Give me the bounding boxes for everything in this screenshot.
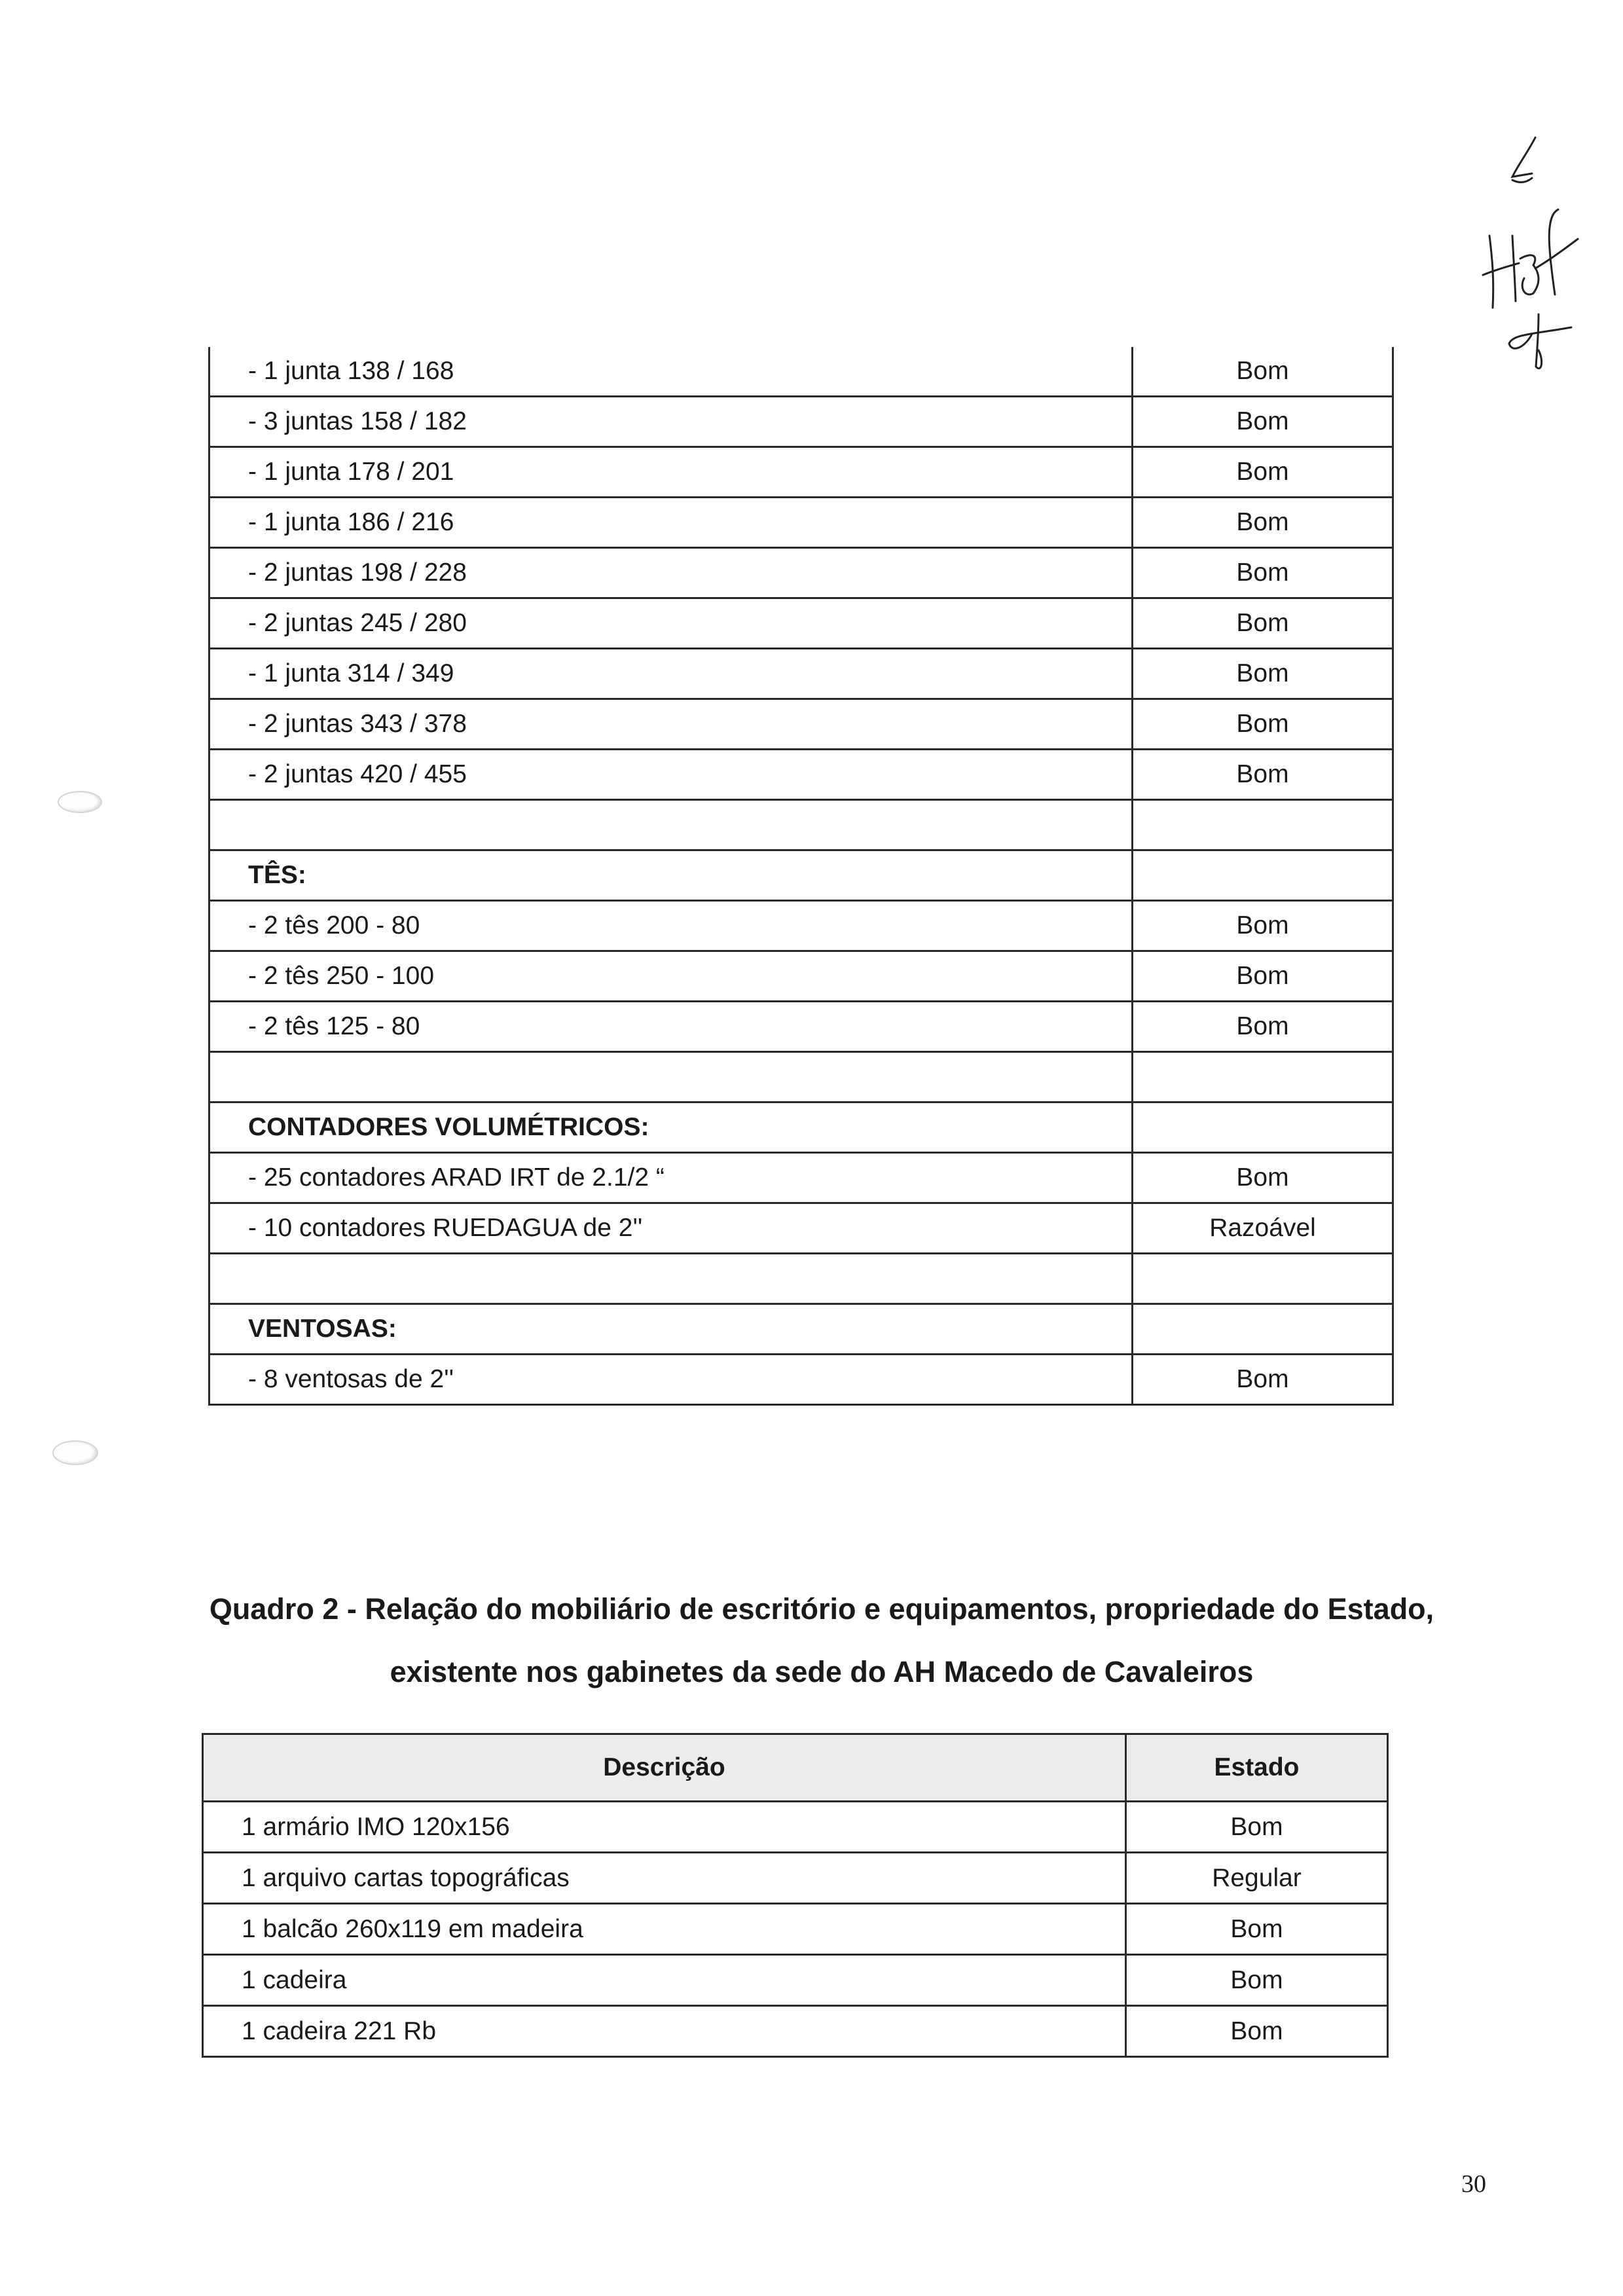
table-row: - 25 contadores ARAD IRT de 2.1/2 “Bom	[210, 1153, 1393, 1203]
item-state: Bom	[1126, 1802, 1388, 1853]
item-state: Regular	[1126, 1853, 1388, 1904]
item-state: Bom	[1133, 1153, 1393, 1203]
item-state	[1133, 800, 1393, 850]
table-row: - 2 juntas 343 / 378Bom	[210, 699, 1393, 750]
table-row: - 2 juntas 245 / 280Bom	[210, 598, 1393, 649]
table-row: 1 cadeiraBom	[203, 1955, 1388, 2006]
table-row: 1 cadeira 221 RbBom	[203, 2006, 1388, 2057]
item-description: 1 arquivo cartas topográficas	[203, 1853, 1126, 1904]
item-description: - 2 juntas 245 / 280	[210, 598, 1133, 649]
item-state: Bom	[1133, 699, 1393, 750]
handwritten-initials-icon	[1473, 118, 1604, 380]
table-row: - 8 ventosas de 2''Bom	[210, 1355, 1393, 1405]
item-state	[1133, 1304, 1393, 1355]
table-row: - 1 junta 186 / 216Bom	[210, 498, 1393, 548]
item-description: - 2 tês 250 - 100	[210, 951, 1133, 1002]
table-row	[210, 1052, 1393, 1102]
table-row: - 1 junta 138 / 168Bom	[210, 347, 1393, 397]
column-header-description: Descrição	[203, 1734, 1126, 1802]
item-state	[1133, 1254, 1393, 1304]
page-number: 30	[1461, 2170, 1486, 2198]
item-state	[1133, 850, 1393, 901]
table-row: - 1 junta 314 / 349Bom	[210, 649, 1393, 699]
table-row: 1 arquivo cartas topográficasRegular	[203, 1853, 1388, 1904]
inventory-table-continued: - 1 junta 138 / 168Bom- 3 juntas 158 / 1…	[208, 347, 1394, 1406]
item-state: Bom	[1133, 548, 1393, 598]
caption-line-2: existente nos gabinetes da sede do AH Ma…	[183, 1641, 1460, 1704]
furniture-table: Descrição Estado 1 armário IMO 120x156Bo…	[202, 1733, 1389, 2058]
item-state: Bom	[1133, 397, 1393, 447]
item-state	[1133, 1052, 1393, 1102]
item-description: - 8 ventosas de 2''	[210, 1355, 1133, 1405]
item-state: Bom	[1133, 498, 1393, 548]
item-description: - 1 junta 314 / 349	[210, 649, 1133, 699]
item-state: Bom	[1133, 951, 1393, 1002]
item-state: Razoável	[1133, 1203, 1393, 1254]
item-description	[210, 800, 1133, 850]
punch-hole-mark	[52, 1440, 98, 1465]
item-state: Bom	[1133, 598, 1393, 649]
item-description	[210, 1052, 1133, 1102]
item-description: - 2 juntas 198 / 228	[210, 548, 1133, 598]
table-row: 1 balcão 260x119 em madeiraBom	[203, 1904, 1388, 1955]
table-header-row: Descrição Estado	[203, 1734, 1388, 1802]
item-description: - 1 junta 186 / 216	[210, 498, 1133, 548]
item-state: Bom	[1133, 901, 1393, 951]
table-row: - 2 tês 125 - 80Bom	[210, 1002, 1393, 1052]
section-heading: CONTADORES VOLUMÉTRICOS:	[210, 1102, 1133, 1153]
table-row: - 2 tês 200 - 80Bom	[210, 901, 1393, 951]
item-description: 1 cadeira 221 Rb	[203, 2006, 1126, 2057]
table-row: - 2 tês 250 - 100Bom	[210, 951, 1393, 1002]
table-row: TÊS:	[210, 850, 1393, 901]
section-heading: VENTOSAS:	[210, 1304, 1133, 1355]
item-description: - 2 juntas 420 / 455	[210, 750, 1133, 800]
item-description: - 1 junta 138 / 168	[210, 347, 1133, 397]
item-description	[210, 1254, 1133, 1304]
table-row: - 2 juntas 420 / 455Bom	[210, 750, 1393, 800]
item-state: Bom	[1133, 1355, 1393, 1405]
item-description: - 2 juntas 343 / 378	[210, 699, 1133, 750]
item-description: - 2 tês 200 - 80	[210, 901, 1133, 951]
item-state: Bom	[1126, 1904, 1388, 1955]
table-row	[210, 800, 1393, 850]
table-row	[210, 1254, 1393, 1304]
column-header-state: Estado	[1126, 1734, 1388, 1802]
item-state: Bom	[1133, 649, 1393, 699]
item-state: Bom	[1133, 1002, 1393, 1052]
punch-hole-mark	[58, 791, 102, 813]
item-state: Bom	[1126, 1955, 1388, 2006]
table-row: 1 armário IMO 120x156Bom	[203, 1802, 1388, 1853]
item-state	[1133, 1102, 1393, 1153]
table-row: - 10 contadores RUEDAGUA de 2''Razoável	[210, 1203, 1393, 1254]
table-row: VENTOSAS:	[210, 1304, 1393, 1355]
table-caption: Quadro 2 - Relação do mobiliário de escr…	[183, 1578, 1460, 1704]
table-row: - 2 juntas 198 / 228Bom	[210, 548, 1393, 598]
item-description: - 2 tês 125 - 80	[210, 1002, 1133, 1052]
table-row: CONTADORES VOLUMÉTRICOS:	[210, 1102, 1393, 1153]
item-state: Bom	[1133, 750, 1393, 800]
section-heading: TÊS:	[210, 850, 1133, 901]
table-row: - 3 juntas 158 / 182Bom	[210, 397, 1393, 447]
item-description: 1 balcão 260x119 em madeira	[203, 1904, 1126, 1955]
item-description: - 25 contadores ARAD IRT de 2.1/2 “	[210, 1153, 1133, 1203]
item-description: - 1 junta 178 / 201	[210, 447, 1133, 498]
item-description: - 3 juntas 158 / 182	[210, 397, 1133, 447]
item-state: Bom	[1133, 447, 1393, 498]
item-description: 1 cadeira	[203, 1955, 1126, 2006]
item-description: 1 armário IMO 120x156	[203, 1802, 1126, 1853]
table-row: - 1 junta 178 / 201Bom	[210, 447, 1393, 498]
item-state: Bom	[1126, 2006, 1388, 2057]
caption-line-1: Quadro 2 - Relação do mobiliário de escr…	[183, 1578, 1460, 1641]
item-description: - 10 contadores RUEDAGUA de 2''	[210, 1203, 1133, 1254]
item-state: Bom	[1133, 347, 1393, 397]
